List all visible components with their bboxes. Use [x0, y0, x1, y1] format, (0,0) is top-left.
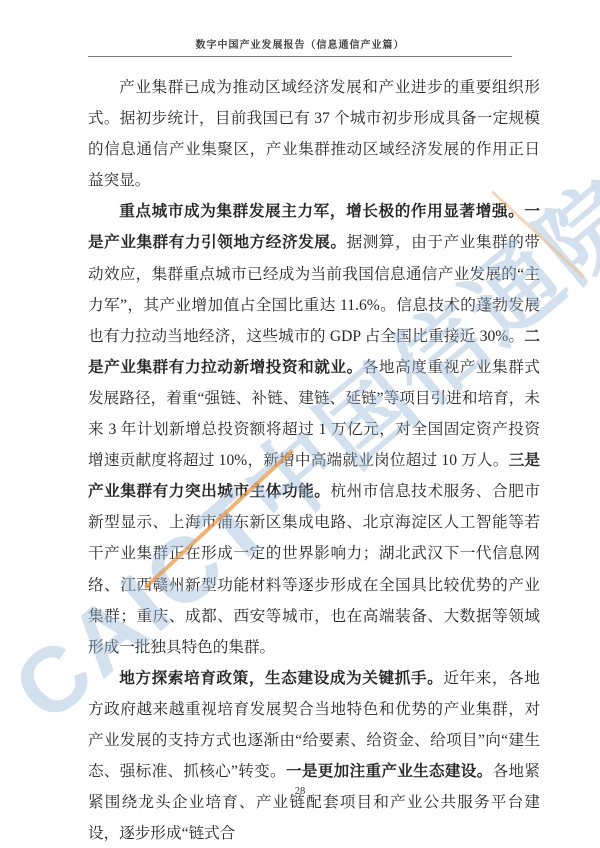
document-body: 产业集群已成为推动区域经济发展和产业进步的重要组织形式。据初步统计，目前我国已有… — [88, 72, 540, 848]
text-segment: 产业集群已成为推动区域经济发展和产业进步的重要组织形式。据初步统计，目前我国已有… — [88, 79, 540, 189]
text-segment: 杭州市信息技术服务、合肥市新型显示、上海市浦东新区集成电路、北京海淀区人工智能等… — [88, 483, 540, 655]
paragraph: 重点城市成为集群发展主力军，增长极的作用显著增强。一是产业集群有力引领地方经济发… — [88, 196, 540, 662]
header-rule — [88, 56, 512, 57]
paragraph: 地方探索培育政策，生态建设成为关键抓手。近年来，各地方政府越来越重视培育发展契合… — [88, 663, 540, 848]
page-footer: 28 — [0, 786, 600, 797]
page-number: 28 — [295, 786, 306, 797]
page-header: 数字中国产业发展报告（信息通信产业篇） — [0, 0, 600, 57]
bold-text-segment: 一是更加注重产业生态建设。 — [286, 763, 493, 780]
document-page: 数字中国产业发展报告（信息通信产业篇） 产业集群已成为推动区域经济发展和产业进步… — [0, 0, 600, 848]
header-title: 数字中国产业发展报告（信息通信产业篇） — [0, 40, 600, 52]
bold-text-segment: 地方探索培育政策，生态建设成为关键抓手。 — [119, 670, 443, 687]
paragraph: 产业集群已成为推动区域经济发展和产业进步的重要组织形式。据初步统计，目前我国已有… — [88, 72, 540, 196]
